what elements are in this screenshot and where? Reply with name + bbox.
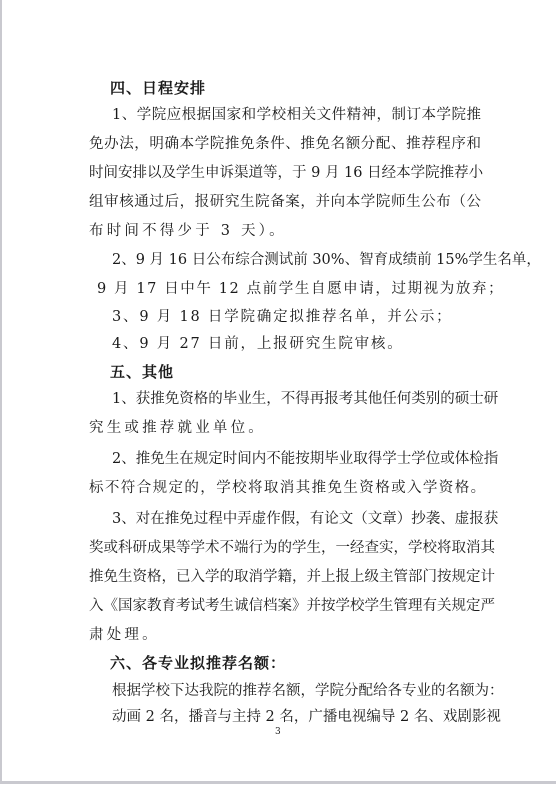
paragraph-line: 免办法，明确本学院推免条件、推免名额分配、推荐程序和 (89, 133, 481, 155)
paragraph-line: 布时间不得少于 3 天）。 (89, 220, 481, 242)
paragraph-line: 究生或推荐就业单位。 (89, 417, 481, 439)
paragraph-line: 根据学校下达我院的推荐名额，学院分配给各专业的名额为： (112, 680, 481, 702)
paragraph-line: 9 月 17 日中午 12 点前学生自愿申请，过期视为放弃； (97, 278, 489, 300)
paragraph-line: 4、9 月 27 日前，上报研究生院审核。 (112, 333, 481, 355)
section-heading-schedule: 四、日程安排 (110, 77, 206, 99)
paragraph-line: 2、9 月 16 日公布综合测试前 30%、智育成绩前 15%学生名单， (112, 249, 481, 271)
page-number: 3 (275, 726, 281, 738)
paragraph-line: 标不符合规定的，学校将取消其推免生资格或入学资格。 (89, 477, 481, 499)
paragraph-line: 1、获推免资格的毕业生，不得再报考其他任何类别的硕士研 (112, 388, 481, 410)
paragraph-line: 2、推免生在规定时间内不能按期毕业取得学士学位或体检指 (112, 448, 481, 470)
paragraph-line: 入《国家教育考试考生诚信档案》并按学校学生管理有关规定严 (89, 595, 481, 617)
paragraph-line: 奖或科研成果等学术不端行为的学生，一经查实，学校将取消其 (89, 537, 481, 559)
paragraph-line: 推免生资格，已入学的取消学籍，并上报上级主管部门按规定计 (89, 566, 481, 588)
paragraph-line: 1、学院应根据国家和学校相关文件精神，制订本学院推 (112, 104, 481, 126)
paragraph-line: 动画 2 名，播音与主持 2 名，广播电视编导 2 名、戏剧影视 (112, 706, 481, 728)
paragraph-line: 组审核通过后，报研究生院备案，并向本学院师生公布（公 (89, 191, 481, 213)
document-page: 四、日程安排 1、学院应根据国家和学校相关文件精神，制订本学院推 免办法，明确本… (0, 0, 556, 784)
paragraph-line: 3、9 月 18 日学院确定拟推荐名单，并公示； (112, 306, 481, 328)
paragraph-line: 3、对在推免过程中弄虚作假，有论文（文章）抄袭、虚报获 (112, 508, 481, 530)
paragraph-line: 时间安排以及学生申诉渠道等，于 9 月 16 日经本学院推荐小 (89, 162, 481, 184)
section-heading-other: 五、其他 (110, 361, 174, 383)
section-heading-quota: 六、各专业拟推荐名额： (110, 652, 286, 674)
paragraph-line: 肃处理。 (89, 624, 481, 646)
